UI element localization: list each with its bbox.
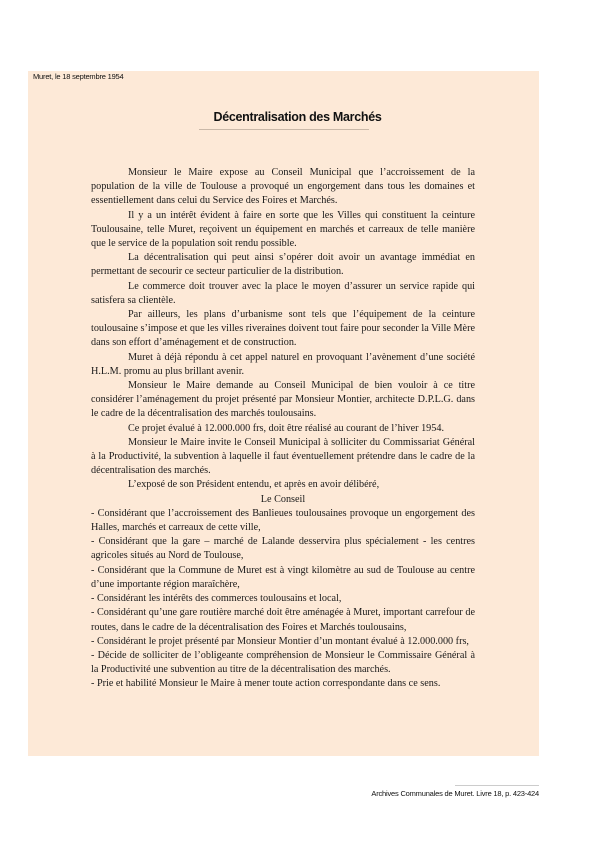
- paragraph: L’exposé de son Président entendu, et ap…: [91, 478, 475, 492]
- list-item: - Considérant le projet présenté par Mon…: [91, 635, 475, 649]
- list-item: - Décide de solliciter de l’obligeante c…: [91, 649, 475, 677]
- paragraph: Monsieur le Maire expose au Conseil Muni…: [91, 166, 475, 209]
- paragraph: Il y a un intérêt évident à faire en sor…: [91, 209, 475, 252]
- dateline: Muret, le 18 septembre 1954: [33, 72, 124, 81]
- paragraph: Le commerce doit trouver avec la place l…: [91, 280, 475, 308]
- list-item: - Considérant que l’accroissement des Ba…: [91, 507, 475, 535]
- page-title: Décentralisation des Marchés: [0, 110, 595, 124]
- source-citation: Archives Communales de Muret. Livre 18, …: [371, 789, 539, 798]
- paragraph: Monsieur le Maire invite le Conseil Muni…: [91, 436, 475, 479]
- paragraph: La décentralisation qui peut ainsi s’opé…: [91, 251, 475, 279]
- title-divider: [199, 129, 369, 130]
- document-body: Monsieur le Maire expose au Conseil Muni…: [91, 166, 475, 692]
- council-heading: Le Conseil: [91, 493, 475, 507]
- list-item: - Considérant qu’une gare routière march…: [91, 606, 475, 634]
- paragraph: Par ailleurs, les plans d’urbanisme sont…: [91, 308, 475, 351]
- list-item: - Prie et habilité Monsieur le Maire à m…: [91, 677, 475, 691]
- list-item: - Considérant que la Commune de Muret es…: [91, 564, 475, 592]
- paragraph: Monsieur le Maire demande au Conseil Mun…: [91, 379, 475, 422]
- paragraph: Ce projet évalué à 12.000.000 frs, doit …: [91, 422, 475, 436]
- list-item: - Considérant que la gare – marché de La…: [91, 535, 475, 563]
- paragraph: Muret à déjà répondu à cet appel naturel…: [91, 351, 475, 379]
- list-item: - Considérant les intérêts des commerces…: [91, 592, 475, 606]
- footer-divider: [455, 785, 539, 786]
